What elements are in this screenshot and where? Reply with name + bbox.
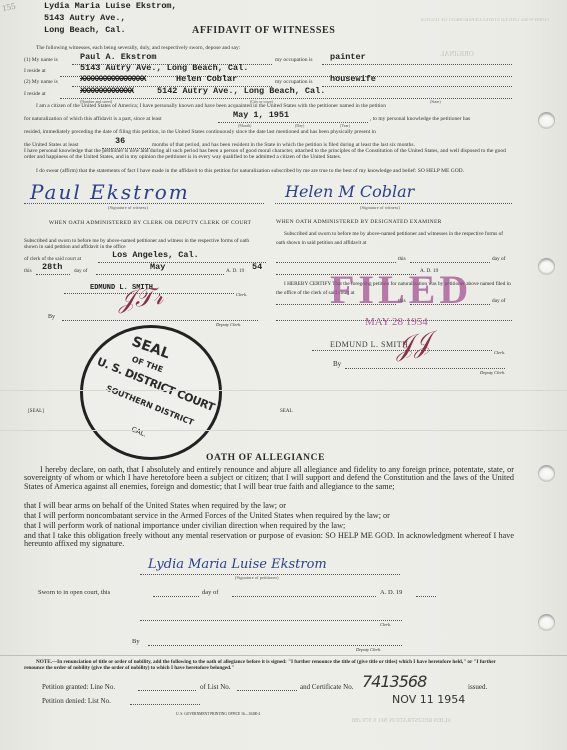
binder-hole [538, 258, 555, 275]
affidavit-p1: I am a citizen of the United States of A… [36, 103, 386, 109]
binder-hole [538, 112, 555, 129]
examiner-section-heading: WHEN OATH ADMINISTERED BY DESIGNATED EXA… [276, 219, 442, 225]
w2-address: 5142 Autry Ave., Long Beach, Cal. [157, 86, 325, 96]
oath-line-3: that I will perform noncombatant service… [24, 512, 390, 520]
printer-line: U. S. GOVERNMENT PRINTING OFFICE 16—1040… [176, 712, 260, 716]
granted-label: Petition granted: Line No. [42, 683, 115, 691]
w2-address-struck: XXXXXXXXXXXXX [80, 86, 133, 96]
since-date: May 1, 1951 [233, 110, 289, 120]
denied-label: Petition denied: List No. [42, 697, 111, 705]
filed-stamp: FILED [330, 266, 472, 313]
months-count: 36 [115, 136, 125, 146]
petitioner-street: 5143 Autry Ave., [44, 13, 126, 23]
bleed-through-text: ORIGINAL [440, 50, 474, 58]
witness1-signature: Paul Ekstrom [30, 180, 190, 204]
witness2-signature: Helen M Coblar [285, 182, 414, 201]
this-label: this [24, 268, 32, 274]
oath-place: Los Angeles, Cal. [112, 250, 199, 260]
clerk-section-heading: WHEN OATH ADMINISTERED BY CLERK OR DEPUT… [40, 219, 260, 227]
oath-line-4: that I will perform work of national imp… [24, 522, 345, 530]
nobility-note: NOTE.—In renunciation of title or order … [24, 659, 514, 671]
w1-label: (1) My name is [24, 57, 58, 63]
w1-name: Paul A. Ekstrom [80, 52, 157, 62]
affidavit-p5: I have personal knowledge that the petit… [24, 148, 514, 160]
certificate-date-stamp: NOV 11 1954 [392, 693, 465, 706]
clerk-section-text: Subscribed and sworn to before me by abo… [24, 238, 264, 250]
affidavit-p6: I do swear (affirm) that the statements … [24, 168, 514, 175]
affidavit-p2a: for naturalization of which this affidav… [24, 116, 162, 122]
deputy-clerk-signature: 𝒥𝒯𝓇 [117, 282, 165, 315]
petitioner-city: Long Beach, Cal. [44, 25, 126, 35]
occupation-label-2: my occupation is [275, 79, 313, 85]
oath-day: 28th [42, 262, 62, 272]
w1-occupation: painter [330, 52, 366, 62]
page-title: AFFIDAVIT OF WITNESSES [192, 25, 335, 36]
sworn-label: Sworn to in open court, this [38, 589, 110, 596]
seal-label-left: [SEAL] [28, 409, 44, 414]
oath-year: 54 [252, 262, 262, 272]
bleed-through-text: ALIEN REGISTRATION NO. 6 979 288 [352, 718, 452, 724]
oath-line-2: that I will bear arms on behalf of the U… [24, 502, 286, 510]
w2-name: Helen Coblar [176, 74, 237, 84]
affidavit-p2b: , to my personal knowledge the petitione… [370, 116, 470, 122]
witnesses-intro: The following witnesses, each being seve… [36, 45, 240, 51]
filed-date-stamp: MAY 28 1954 [365, 316, 428, 328]
examiner-signature: 𝒥𝒥 [393, 327, 434, 364]
affidavit-p3: resided, immediately preceding the date … [24, 129, 376, 135]
binder-hole [538, 614, 555, 631]
oath-month: May [150, 262, 165, 272]
reside-label-2: I reside at [24, 91, 46, 97]
certificate-number: 7413568 [362, 672, 426, 691]
w1-address: 5143 Autry Ave., Long Beach, Cal. [80, 63, 248, 73]
w2-struck: XXXXXXXXXXXXXXXX [80, 74, 146, 84]
reside-label: I reside at [24, 68, 46, 74]
page-number: 155 [1, 1, 16, 14]
examiner-section-text: Subscribed and sworn to before me by abo… [276, 230, 512, 248]
petitioner-signature: Lydia Maria Luise Ekstrom [148, 557, 327, 572]
occupation-label: my occupation is [275, 57, 313, 63]
naturalization-document: FORM N-405 UNITED STATES DEPARTMENT OF J… [0, 0, 567, 750]
oath-title: OATH OF ALLEGIANCE [206, 453, 325, 463]
petitioner-name: Lydia Maria Luise Ekstrom, [44, 1, 177, 11]
w2-occupation: housewife [330, 74, 376, 84]
court-seal: SEAL OF THE U. S. DISTRICT COURT SOUTHER… [80, 325, 222, 460]
w2-label: (2) My name is [24, 79, 58, 85]
oath-line-1: I hereby declare, on oath, that I absolu… [24, 466, 514, 491]
binder-hole [538, 465, 555, 482]
oath-line-5: and that I take this obligation freely w… [24, 532, 514, 549]
seal-label-right: SEAL [280, 409, 293, 414]
bleed-through-text: FORM N-405 UNITED STATES DEPARTMENT OF J… [420, 18, 549, 23]
